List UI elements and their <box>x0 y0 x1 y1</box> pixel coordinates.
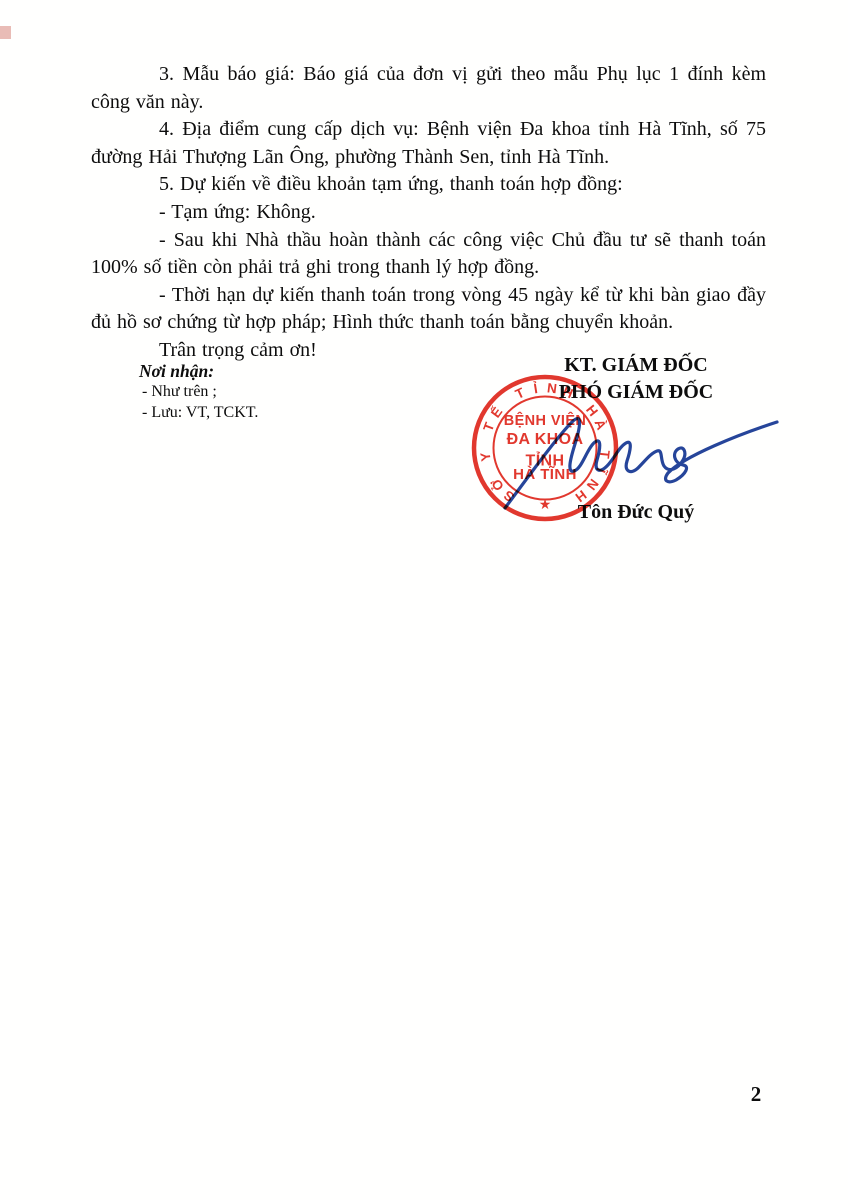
recipient-item: - Như trên ; <box>139 382 258 403</box>
document-body: 3. Mẫu báo giá: Báo giá của đơn vị gửi t… <box>91 61 766 365</box>
paragraph: - Thời hạn dự kiến thanh toán trong vòng… <box>91 282 766 337</box>
paragraph: - Tạm ứng: Không. <box>91 199 766 227</box>
stamp-ring-char: N <box>546 380 557 396</box>
paragraph: 3. Mẫu báo giá: Báo giá của đơn vị gửi t… <box>91 61 766 116</box>
recipients-list: - Như trên ;- Lưu: VT, TCKT. <box>139 382 258 423</box>
stamp-ring-char: Ỉ <box>533 381 539 396</box>
signature-stroke <box>505 419 777 508</box>
document-page: 3. Mẫu báo giá: Báo giá của đơn vị gửi t… <box>0 0 848 1200</box>
recipients-block: Nơi nhận: - Như trên ;- Lưu: VT, TCKT. <box>139 361 258 423</box>
recipients-heading: Nơi nhận: <box>139 361 258 382</box>
scan-artifact <box>0 26 11 39</box>
paragraph: - Sau khi Nhà thầu hoàn thành các công v… <box>91 227 766 282</box>
paragraph: 4. Địa điểm cung cấp dịch vụ: Bệnh viện … <box>91 116 766 171</box>
recipient-item: - Lưu: VT, TCKT. <box>139 403 258 424</box>
signature-ink <box>488 400 790 518</box>
page-number: 2 <box>742 1082 770 1107</box>
paragraph: 5. Dự kiến về điều khoản tạm ứng, thanh … <box>91 171 766 199</box>
